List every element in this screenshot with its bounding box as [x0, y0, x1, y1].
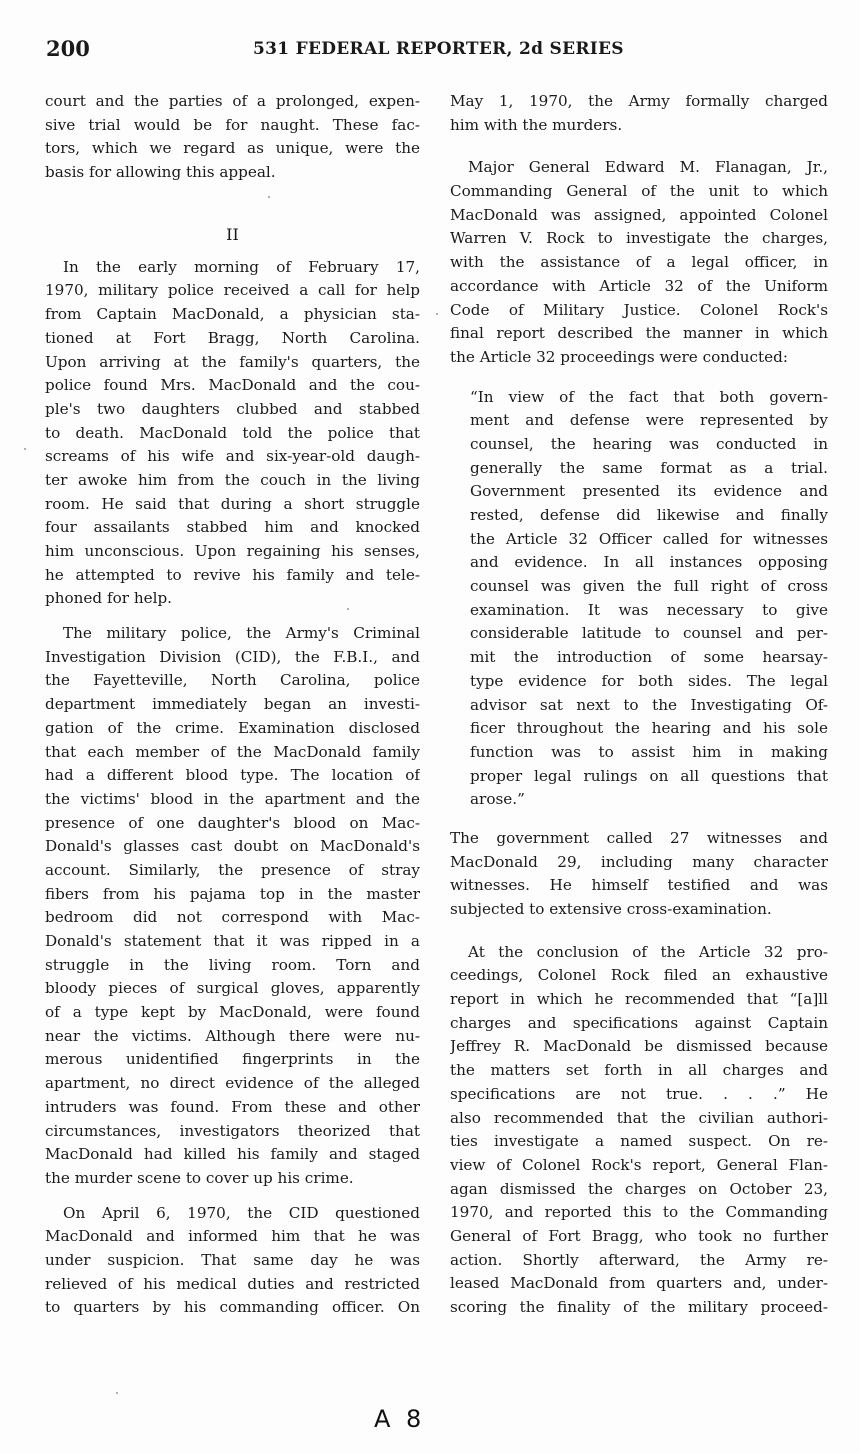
text-line: bloody pieces of surgical gloves, appare…	[45, 977, 420, 1001]
text-line: under suspicion. That same day he was	[45, 1249, 420, 1273]
text-line: four assailants stabbed him and knocked	[45, 516, 420, 540]
text-line: function was to assist him in making	[470, 741, 828, 765]
text-line: proper legal rulings on all questions th…	[470, 765, 828, 789]
text-line: bedroom did not correspond with Mac-	[45, 906, 420, 930]
text-line: the Article 32 proceedings were conducte…	[450, 346, 828, 370]
text-line: Warren V. Rock to investigate the charge…	[450, 227, 828, 251]
text-line: action. Shortly afterward, the Army re-	[450, 1249, 828, 1273]
text-line: that each member of the MacDonald family	[45, 741, 420, 765]
text-line: scoring the finality of the military pro…	[450, 1296, 828, 1320]
text-line: 1970, and reported this to the Commandin…	[450, 1201, 828, 1225]
text-line: and evidence. In all instances opposing	[470, 551, 828, 575]
text-line: In the early morning of February 17,	[45, 256, 420, 280]
paragraph: May 1, 1970, the Army formally chargedhi…	[450, 90, 828, 137]
text-line: ment and defense were represented by	[470, 409, 828, 433]
block-quote: “In view of the fact that both govern-me…	[450, 386, 828, 812]
text-line: ficer throughout the hearing and his sol…	[470, 717, 828, 741]
text-line: arose.”	[470, 788, 828, 812]
appendix-page-label: A 8	[374, 1405, 425, 1433]
text-line: At the conclusion of the Article 32 pro-	[450, 941, 828, 965]
text-line: The military police, the Army's Criminal	[45, 622, 420, 646]
text-line: subjected to extensive cross-examination…	[450, 898, 828, 922]
text-line: MacDonald was assigned, appointed Colone…	[450, 204, 828, 228]
text-line: apartment, no direct evidence of the all…	[45, 1072, 420, 1096]
text-line: final report described the manner in whi…	[450, 322, 828, 346]
text-line: report in which he recommended that “[a]…	[450, 988, 828, 1012]
text-line: him with the murders.	[450, 114, 828, 138]
text-line: leased MacDonald from quarters and, unde…	[450, 1272, 828, 1296]
page-number: 200	[46, 36, 90, 61]
text-line: generally the same format as a trial.	[470, 457, 828, 481]
text-line: intruders was found. From these and othe…	[45, 1096, 420, 1120]
text-line: Jeffrey R. MacDonald be dismissed becaus…	[450, 1035, 828, 1059]
text-line: relieved of his medical duties and restr…	[45, 1273, 420, 1297]
text-line: ties investigate a named suspect. On re-	[450, 1130, 828, 1154]
text-line: merous unidentified fingerprints in the	[45, 1048, 420, 1072]
text-line: counsel was given the full right of cros…	[470, 575, 828, 599]
paragraph: The military police, the Army's Criminal…	[45, 622, 420, 1191]
text-line: mit the introduction of some hearsay-	[470, 646, 828, 670]
paragraph: At the conclusion of the Article 32 pro-…	[450, 941, 828, 1320]
text-line: also recommended that the civilian autho…	[450, 1107, 828, 1131]
text-line: room. He said that during a short strugg…	[45, 493, 420, 517]
left-column: court and the parties of a prolonged, ex…	[45, 90, 420, 1331]
scan-speck	[436, 313, 438, 315]
text-line: struggle in the living room. Torn and	[45, 954, 420, 978]
text-line: “In view of the fact that both govern-	[470, 386, 828, 410]
text-line: 1970, military police received a call fo…	[45, 279, 420, 303]
text-line: tors, which we regard as unique, were th…	[45, 137, 420, 161]
page-header: 200 531 FEDERAL REPORTER, 2d SERIES	[0, 36, 860, 66]
text-line: the murder scene to cover up his crime.	[45, 1167, 420, 1191]
text-line: sive trial would be for naught. These fa…	[45, 114, 420, 138]
text-line: the Article 32 Officer called for witnes…	[470, 528, 828, 552]
text-line: Commanding General of the unit to which	[450, 180, 828, 204]
scan-speck	[268, 196, 270, 198]
text-line: ceedings, Colonel Rock filed an exhausti…	[450, 964, 828, 988]
text-line: circumstances, investigators theorized t…	[45, 1120, 420, 1144]
text-line: court and the parties of a prolonged, ex…	[45, 90, 420, 114]
paragraph: In the early morning of February 17,1970…	[45, 256, 420, 611]
text-line: Major General Edward M. Flanagan, Jr.,	[450, 156, 828, 180]
text-line: the victims' blood in the apartment and …	[45, 788, 420, 812]
text-line: examination. It was necessary to give	[470, 599, 828, 623]
text-line: he attempted to revive his family and te…	[45, 564, 420, 588]
text-line: counsel, the hearing was conducted in	[470, 433, 828, 457]
text-line: Upon arriving at the family's quarters, …	[45, 351, 420, 375]
text-line: of a type kept by MacDonald, were found	[45, 1001, 420, 1025]
text-line: MacDonald had killed his family and stag…	[45, 1143, 420, 1167]
text-line: the matters set forth in all charges and	[450, 1059, 828, 1083]
text-line: On April 6, 1970, the CID questioned	[45, 1202, 420, 1226]
text-line: type evidence for both sides. The legal	[470, 670, 828, 694]
text-line: tioned at Fort Bragg, North Carolina.	[45, 327, 420, 351]
text-line: gation of the crime. Examination disclos…	[45, 717, 420, 741]
text-line: considerable latitude to counsel and per…	[470, 622, 828, 646]
text-line: Donald's statement that it was ripped in…	[45, 930, 420, 954]
text-line: had a different blood type. The location…	[45, 764, 420, 788]
text-line: with the assistance of a legal officer, …	[450, 251, 828, 275]
text-line: him unconscious. Upon regaining his sens…	[45, 540, 420, 564]
text-line: accordance with Article 32 of the Unifor…	[450, 275, 828, 299]
text-line: witnesses. He himself testified and was	[450, 874, 828, 898]
text-line: presence of one daughter's blood on Mac-	[45, 812, 420, 836]
text-line: to death. MacDonald told the police that	[45, 422, 420, 446]
text-line: advisor sat next to the Investigating Of…	[470, 694, 828, 718]
text-line: from Captain MacDonald, a physician sta-	[45, 303, 420, 327]
text-line: the Fayetteville, North Carolina, police	[45, 669, 420, 693]
paragraph: court and the parties of a prolonged, ex…	[45, 90, 420, 185]
text-line: near the victims. Although there were nu…	[45, 1025, 420, 1049]
text-line: ter awoke him from the couch in the livi…	[45, 469, 420, 493]
text-line: General of Fort Bragg, who took no furth…	[450, 1225, 828, 1249]
text-line: department immediately began an investi-	[45, 693, 420, 717]
text-line: fibers from his pajama top in the master	[45, 883, 420, 907]
text-line: basis for allowing this appeal.	[45, 161, 420, 185]
paragraph: Major General Edward M. Flanagan, Jr.,Co…	[450, 156, 828, 369]
text-line: agan dismissed the charges on October 23…	[450, 1178, 828, 1202]
text-line: MacDonald and informed him that he was	[45, 1225, 420, 1249]
text-line: police found Mrs. MacDonald and the cou-	[45, 374, 420, 398]
text-line: May 1, 1970, the Army formally charged	[450, 90, 828, 114]
text-line: to quarters by his commanding officer. O…	[45, 1296, 420, 1320]
text-line: view of Colonel Rock's report, General F…	[450, 1154, 828, 1178]
text-line: account. Similarly, the presence of stra…	[45, 859, 420, 883]
text-line: charges and specifications against Capta…	[450, 1012, 828, 1036]
scan-speck	[116, 1392, 118, 1394]
text-line: Investigation Division (CID), the F.B.I.…	[45, 646, 420, 670]
text-line: ple's two daughters clubbed and stabbed	[45, 398, 420, 422]
text-line: Government presented its evidence and	[470, 480, 828, 504]
text-line: specifications are not true. . . .” He	[450, 1083, 828, 1107]
right-column: May 1, 1970, the Army formally chargedhi…	[450, 90, 828, 1331]
scan-speck	[347, 608, 349, 610]
text-line: phoned for help.	[45, 587, 420, 611]
text-line: MacDonald 29, including many character	[450, 851, 828, 875]
text-line: screams of his wife and six-year-old dau…	[45, 445, 420, 469]
paragraph: The government called 27 witnesses andMa…	[450, 827, 828, 922]
text-line: rested, defense did likewise and finally	[470, 504, 828, 528]
scan-speck	[24, 448, 26, 450]
running-head: 531 FEDERAL REPORTER, 2d SERIES	[253, 39, 624, 59]
paragraph: On April 6, 1970, the CID questionedMacD…	[45, 1202, 420, 1320]
text-line: Code of Military Justice. Colonel Rock's	[450, 299, 828, 323]
text-line: Donald's glasses cast doubt on MacDonald…	[45, 835, 420, 859]
text-line: The government called 27 witnesses and	[450, 827, 828, 851]
section-heading: II	[45, 223, 420, 247]
